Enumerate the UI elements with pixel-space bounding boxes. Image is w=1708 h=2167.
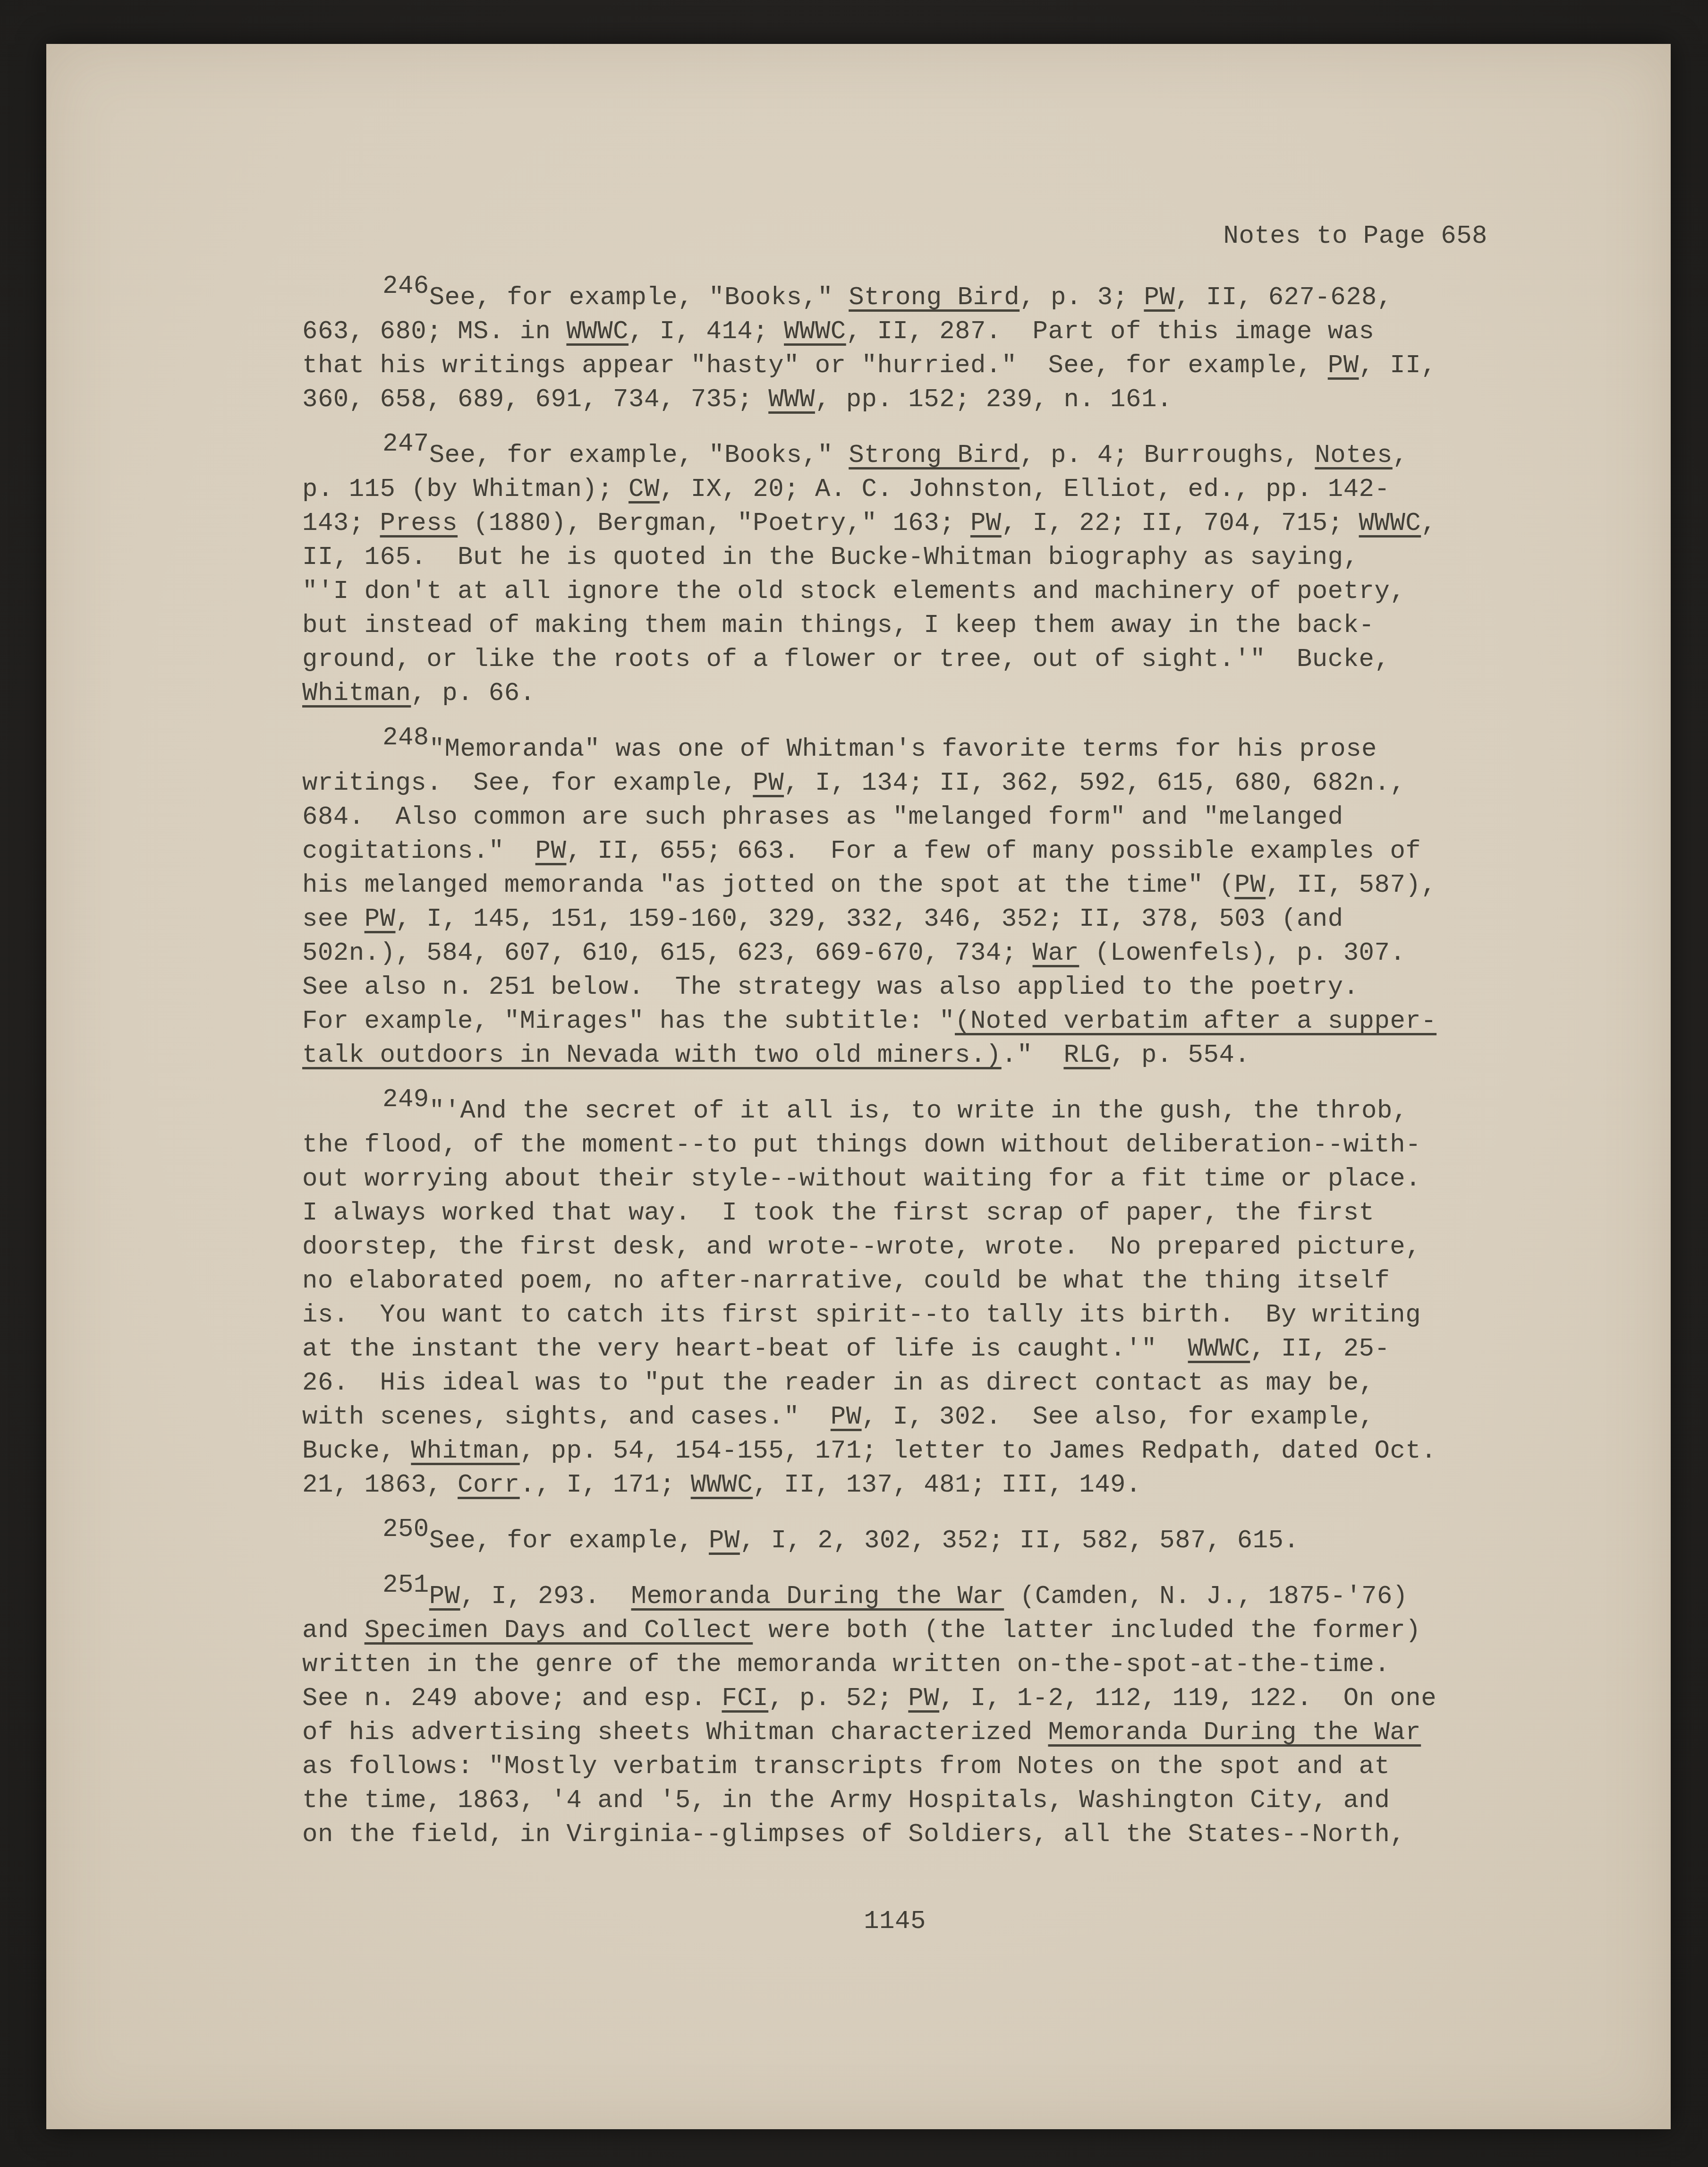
page-number: 1145 — [302, 1905, 1487, 1939]
text-line: see PW, I, 145, 151, 159-160, 329, 332, … — [302, 903, 1487, 937]
underlined-text: PW — [970, 509, 1002, 538]
text-line: doorstep, the first desk, and wrote--wro… — [302, 1230, 1487, 1264]
text-segment: , II, 25- — [1250, 1335, 1390, 1364]
underlined-text: PW — [429, 1582, 460, 1611]
underlined-text: PW — [753, 769, 784, 798]
text-segment: , I, 1-2, 112, 119, 122. On one — [939, 1684, 1436, 1713]
text-line: the time, 1863, '4 and '5, in the Army H… — [302, 1784, 1487, 1818]
text-segment: Bucke, — [302, 1437, 411, 1466]
text-segment: , I, 414; — [629, 317, 784, 346]
text-segment: See, for example, "Books," — [429, 283, 849, 312]
text-segment: cogitations." — [302, 837, 535, 866]
text-segment: , pp. 54, 154-155, 171; letter to James … — [520, 1437, 1436, 1466]
text-segment: , p. 3; — [1020, 283, 1144, 312]
text-segment: , II, 137, 481; III, 149. — [753, 1471, 1141, 1500]
footnote-249: 249"'And the secret of it all is, to wri… — [302, 1094, 1487, 1502]
text-line: is. You want to catch its first spirit--… — [302, 1298, 1487, 1332]
scan-background: { "page": { "header": "Notes to Page 658… — [0, 0, 1708, 2167]
text-segment: see — [302, 905, 365, 934]
text-segment: with scenes, sights, and cases." — [302, 1403, 831, 1432]
footnote-248: 248"Memoranda" was one of Whitman's favo… — [302, 733, 1487, 1073]
underlined-text: Specimen Days and Collect — [365, 1616, 753, 1645]
text-line: at the instant the very heart-beat of li… — [302, 1332, 1487, 1366]
text-line: of his advertising sheets Whitman charac… — [302, 1716, 1487, 1750]
text-segment: out worrying about their style--without … — [302, 1165, 1421, 1194]
text-line: 247See, for example, "Books," Strong Bir… — [302, 439, 1487, 473]
page-header-title: Notes to Page 658 — [302, 44, 1487, 254]
underlined-text: PW — [1144, 283, 1175, 312]
text-line: 360, 658, 689, 691, 734, 735; WWW, pp. 1… — [302, 383, 1487, 417]
text-segment: 663, 680; MS. in — [302, 317, 566, 346]
text-segment: 502n.), 584, 607, 610, 615, 623, 669-670… — [302, 939, 1033, 968]
text-line: For example, "Mirages" has the subtitle:… — [302, 1005, 1487, 1039]
text-segment: of his advertising sheets Whitman charac… — [302, 1718, 1048, 1747]
text-line: 250See, for example, PW, I, 2, 302, 352;… — [302, 1524, 1487, 1558]
typewritten-content: Notes to Page 658 246See, for example, "… — [302, 44, 1487, 1939]
text-segment: "Memoranda" was one of Whitman's favorit… — [429, 735, 1377, 764]
text-segment: at the instant the very heart-beat of li… — [302, 1335, 1188, 1364]
text-line: 143; Press (1880), Bergman, "Poetry," 16… — [302, 507, 1487, 541]
text-segment: written in the genre of the memoranda wr… — [302, 1650, 1390, 1679]
text-segment: were both (the latter included the forme… — [753, 1616, 1421, 1645]
underlined-text: PW — [831, 1403, 862, 1432]
paper-sheet: Notes to Page 658 246See, for example, "… — [46, 44, 1671, 2129]
underlined-text: PW — [709, 1527, 740, 1555]
underlined-text: PW — [1234, 871, 1266, 900]
text-segment: that his writings appear "hasty" or "hur… — [302, 351, 1328, 380]
underlined-text: WWW — [768, 385, 815, 414]
text-segment: "'I don't at all ignore the old stock el… — [302, 577, 1405, 606]
text-line: that his writings appear "hasty" or "hur… — [302, 349, 1487, 383]
text-segment: , II, — [1359, 351, 1437, 380]
text-line: 249"'And the secret of it all is, to wri… — [302, 1094, 1487, 1128]
underlined-text: FCI — [722, 1684, 768, 1713]
text-line: out worrying about their style--without … — [302, 1162, 1487, 1196]
footnote-247: 247See, for example, "Books," Strong Bir… — [302, 439, 1487, 711]
text-segment: the flood, of the moment--to put things … — [302, 1131, 1421, 1160]
text-line: and Specimen Days and Collect were both … — [302, 1614, 1487, 1648]
text-segment: (Camden, N. J., 1875-'76) — [1004, 1582, 1408, 1611]
text-segment: writings. See, for example, — [302, 769, 753, 798]
footnote-number: 250 — [382, 1513, 429, 1547]
text-segment: , I, 2, 302, 352; II, 582, 587, 615. — [740, 1527, 1300, 1555]
text-line: 684. Also common are such phrases as "me… — [302, 801, 1487, 835]
text-segment: is. You want to catch its first spirit--… — [302, 1301, 1421, 1330]
footnote-251: 251PW, I, 293. Memoranda During the War … — [302, 1580, 1487, 1852]
underlined-text: Corr — [458, 1471, 520, 1500]
underlined-text: PW — [908, 1684, 939, 1713]
text-line: See also n. 251 below. The strategy was … — [302, 971, 1487, 1005]
text-line: p. 115 (by Whitman); CW, IX, 20; A. C. J… — [302, 473, 1487, 507]
text-line: as follows: "Mostly verbatim transcripts… — [302, 1750, 1487, 1784]
text-line: "'I don't at all ignore the old stock el… — [302, 575, 1487, 609]
underlined-text: Strong Bird — [849, 441, 1020, 470]
text-line: 26. His ideal was to "put the reader in … — [302, 1366, 1487, 1400]
text-line: ground, or like the roots of a flower or… — [302, 643, 1487, 677]
text-segment: 360, 658, 689, 691, 734, 735; — [302, 385, 768, 414]
footnote-250: 250See, for example, PW, I, 2, 302, 352;… — [302, 1524, 1487, 1558]
text-segment: 26. His ideal was to "put the reader in … — [302, 1369, 1374, 1398]
text-line: the flood, of the moment--to put things … — [302, 1128, 1487, 1162]
text-segment: (1880), Bergman, "Poetry," 163; — [458, 509, 970, 538]
text-line: on the field, in Virginia--glimpses of S… — [302, 1818, 1487, 1852]
text-line: 251PW, I, 293. Memoranda During the War … — [302, 1580, 1487, 1614]
text-segment: his melanged memoranda "as jotted on the… — [302, 871, 1234, 900]
underlined-text: Notes — [1315, 441, 1393, 470]
text-line: Whitman, p. 66. — [302, 677, 1487, 711]
underlined-text: Whitman — [411, 1437, 519, 1466]
underlined-text: RLG — [1063, 1041, 1110, 1070]
text-segment: , II, 287. Part of this image was — [846, 317, 1375, 346]
underlined-text: Memoranda During the War — [1048, 1718, 1421, 1747]
text-line: 248"Memoranda" was one of Whitman's favo… — [302, 733, 1487, 767]
text-segment: I always worked that way. I took the fir… — [302, 1199, 1374, 1228]
text-segment: See n. 249 above; and esp. — [302, 1684, 722, 1713]
text-segment: , — [1421, 509, 1436, 538]
text-line: 246See, for example, "Books," Strong Bir… — [302, 281, 1487, 315]
text-segment: p. 115 (by Whitman); — [302, 475, 629, 504]
text-segment: ." — [1002, 1041, 1064, 1070]
text-segment: See, for example, — [429, 1527, 709, 1555]
text-segment: , p. 52; — [768, 1684, 908, 1713]
underlined-text: Whitman — [302, 679, 411, 708]
underlined-text: War — [1033, 939, 1079, 968]
text-line: I always worked that way. I took the fir… — [302, 1196, 1487, 1230]
text-segment: , I, 22; II, 704, 715; — [1002, 509, 1359, 538]
text-segment: See, for example, "Books," — [429, 441, 849, 470]
text-line: writings. See, for example, PW, I, 134; … — [302, 767, 1487, 801]
text-line: cogitations." PW, II, 655; 663. For a fe… — [302, 835, 1487, 869]
text-segment: , I, 145, 151, 159-160, 329, 332, 346, 3… — [395, 905, 1343, 934]
text-segment: , IX, 20; A. C. Johnston, Elliot, ed., p… — [660, 475, 1390, 504]
text-segment: and — [302, 1616, 365, 1645]
text-line: See n. 249 above; and esp. FCI, p. 52; P… — [302, 1682, 1487, 1716]
footnote-246: 246See, for example, "Books," Strong Bir… — [302, 281, 1487, 417]
text-line: II, 165. But he is quoted in the Bucke-W… — [302, 541, 1487, 575]
text-segment: , II, 587), — [1266, 871, 1436, 900]
underlined-text: CW — [629, 475, 660, 504]
underlined-text: PW — [365, 905, 396, 934]
text-segment: ., I, 171; — [520, 1471, 691, 1500]
text-line: 663, 680; MS. in WWWC, I, 414; WWWC, II,… — [302, 315, 1487, 349]
text-segment: no elaborated poem, no after-narrative, … — [302, 1267, 1390, 1296]
text-segment: , II, 655; 663. For a few of many possib… — [566, 837, 1421, 866]
underlined-text: WWWC — [566, 317, 629, 346]
footnote-number: 251 — [382, 1569, 429, 1603]
footnote-number: 247 — [382, 427, 429, 461]
text-segment: but instead of making them main things, … — [302, 611, 1374, 640]
text-segment: doorstep, the first desk, and wrote--wro… — [302, 1233, 1421, 1262]
text-segment: ground, or like the roots of a flower or… — [302, 645, 1390, 674]
text-segment: For example, "Mirages" has the subtitle:… — [302, 1007, 955, 1036]
underlined-text: WWWC — [1359, 509, 1421, 538]
text-segment: (Lowenfels), p. 307. — [1079, 939, 1405, 968]
text-segment: 143; — [302, 509, 380, 538]
text-line: his melanged memoranda "as jotted on the… — [302, 869, 1487, 903]
text-segment: , p. 4; Burroughs, — [1020, 441, 1315, 470]
text-segment: , II, 627-628, — [1175, 283, 1393, 312]
underlined-text: Memoranda During the War — [631, 1582, 1004, 1611]
underlined-text: WWWC — [1188, 1335, 1250, 1364]
text-line: no elaborated poem, no after-narrative, … — [302, 1264, 1487, 1298]
text-line: with scenes, sights, and cases." PW, I, … — [302, 1400, 1487, 1434]
text-segment: , I, 134; II, 362, 592, 615, 680, 682n., — [784, 769, 1405, 798]
text-segment: , p. 66. — [411, 679, 535, 708]
text-line: Bucke, Whitman, pp. 54, 154-155, 171; le… — [302, 1434, 1487, 1468]
underlined-text: PW — [535, 837, 567, 866]
text-line: 21, 1863, Corr., I, 171; WWWC, II, 137, … — [302, 1468, 1487, 1502]
underlined-text: PW — [1328, 351, 1359, 380]
text-segment: , p. 554. — [1110, 1041, 1250, 1070]
footnote-number: 248 — [382, 721, 429, 755]
text-segment: 21, 1863, — [302, 1471, 458, 1500]
text-line: written in the genre of the memoranda wr… — [302, 1648, 1487, 1682]
underlined-text: WWWC — [691, 1471, 753, 1500]
underlined-text: Strong Bird — [849, 283, 1020, 312]
text-segment: "'And the secret of it all is, to write … — [429, 1097, 1408, 1126]
footnote-number: 249 — [382, 1083, 429, 1117]
text-segment: , — [1393, 441, 1408, 470]
underlined-text: talk outdoors in Nevada with two old min… — [302, 1041, 1002, 1070]
text-segment: 684. Also common are such phrases as "me… — [302, 803, 1343, 832]
underlined-text: WWWC — [784, 317, 846, 346]
underlined-text: Press — [380, 509, 458, 538]
text-segment: on the field, in Virginia--glimpses of S… — [302, 1820, 1405, 1849]
text-line: 502n.), 584, 607, 610, 615, 623, 669-670… — [302, 937, 1487, 971]
text-segment: See also n. 251 below. The strategy was … — [302, 973, 1359, 1002]
text-segment: , I, 293. — [460, 1582, 631, 1611]
text-segment: , I, 302. See also, for example, — [862, 1403, 1375, 1432]
text-line: talk outdoors in Nevada with two old min… — [302, 1039, 1487, 1073]
text-segment: II, 165. But he is quoted in the Bucke-W… — [302, 543, 1359, 572]
text-line: but instead of making them main things, … — [302, 609, 1487, 643]
notes-container: 246See, for example, "Books," Strong Bir… — [302, 281, 1487, 1852]
underlined-text: (Noted verbatim after a supper- — [955, 1007, 1436, 1036]
text-segment: as follows: "Mostly verbatim transcripts… — [302, 1752, 1390, 1781]
footnote-number: 246 — [382, 270, 429, 304]
text-segment: the time, 1863, '4 and '5, in the Army H… — [302, 1786, 1390, 1815]
text-segment: , pp. 152; 239, n. 161. — [815, 385, 1173, 414]
